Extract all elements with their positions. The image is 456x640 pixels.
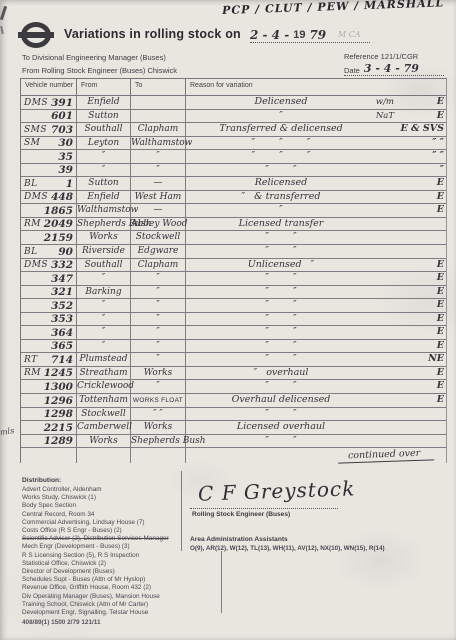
- from-garage: ″: [77, 313, 130, 326]
- vehicle-number-cell: SM30: [21, 137, 77, 150]
- vehicle-class: SMS: [24, 124, 47, 136]
- vehicle-number-cell: RM2049: [21, 218, 77, 231]
- vehicle-number: 321: [51, 286, 73, 298]
- vehicle-number-cell: RM1245: [21, 367, 77, 380]
- from-garage: Walthamstow: [77, 204, 130, 217]
- status-flag: E: [437, 394, 444, 407]
- reason-cell: Delicensedw/mE: [186, 96, 446, 109]
- to-cell: ″: [131, 272, 186, 285]
- reason-cell: ″ ″NE: [186, 353, 446, 366]
- vehicle-number: 2215: [44, 422, 73, 434]
- vehicle-number-cell: 1298: [21, 408, 77, 421]
- column-header: From: [77, 79, 131, 95]
- reason-cell: Overhaul delicensedE: [186, 394, 446, 407]
- reason-cell: ″ ″ ″″ ″: [186, 150, 446, 163]
- status-flag: E: [437, 272, 444, 285]
- to-cell: ″: [131, 286, 186, 299]
- to-garage: Walthamstow: [131, 137, 185, 150]
- vehicle-number-cell: 601: [21, 110, 77, 123]
- table-row: BL90RiversideEdgware″ ″: [21, 245, 446, 259]
- column-header: Reason for variation: [186, 79, 446, 95]
- status-flag: E: [437, 326, 444, 339]
- reason-cell: ″ & transferredE: [186, 191, 446, 204]
- to-garage: ″: [131, 150, 185, 163]
- status-flag: E: [437, 299, 444, 312]
- distribution-item: Div Operating Manager (Buses), Mansion H…: [22, 593, 182, 601]
- to-cell: ″: [131, 299, 186, 312]
- from-garage: Sutton: [77, 177, 130, 190]
- reason-cell: RelicensedE: [186, 177, 446, 190]
- status-flag: E: [437, 367, 444, 380]
- handwritten-date: 3 - 4 - 79: [364, 62, 419, 75]
- reason-text: ″ ″: [186, 272, 376, 285]
- footer-divider: [181, 471, 182, 551]
- to-cell: ″: [131, 164, 186, 177]
- table-row: SMS703SouthallClaphamTransferred & delic…: [21, 123, 446, 137]
- table-row: 1300Cricklewood″″ ″E: [21, 380, 446, 394]
- vehicle-number: 601: [51, 110, 73, 122]
- reason-text: Unlicensed ″: [186, 259, 376, 272]
- vehicle-number-cell: RT714: [21, 353, 77, 366]
- table-row: 2159WorksStockwell″ ″: [21, 231, 446, 245]
- from-garage: Enfield: [77, 191, 130, 204]
- table-row: 1298Stockwell″ ″″ ″: [21, 408, 446, 422]
- from-garage: Leyton: [77, 137, 130, 150]
- from-garage: Riverside: [77, 245, 130, 258]
- reason-text: Delicensed: [186, 96, 376, 109]
- from-cell: Shepherds Bush: [77, 218, 131, 231]
- from-garage: Southall: [77, 259, 130, 272]
- from-garage: Works: [77, 231, 130, 244]
- vehicle-number: 365: [51, 340, 73, 352]
- vehicle-number-cell: DMS391: [21, 96, 77, 109]
- table-row: 1865Walthamstow—″E: [21, 204, 446, 218]
- to-garage: Works: [131, 421, 185, 434]
- from-garage: Shepherds Bush: [77, 218, 130, 231]
- vehicle-number-cell: 365: [21, 340, 77, 353]
- reason-text: ″ & transferred: [186, 191, 376, 204]
- to-garage: —: [131, 204, 185, 217]
- from-garage: Enfield: [77, 96, 130, 109]
- reason-cell: ″ ″E: [186, 272, 446, 285]
- vehicle-number: 2049: [44, 218, 73, 230]
- distribution-item: R S Licensing Section (5), R S Inspectio…: [22, 552, 182, 560]
- reason-text: ″ ″: [186, 164, 376, 177]
- reason-text: ″: [186, 204, 376, 217]
- from-garage: Barking: [77, 286, 130, 299]
- from-garage: Tottenham: [77, 394, 130, 407]
- from-cell: Walthamstow: [77, 204, 131, 217]
- to-cell: [131, 110, 186, 123]
- vehicle-class: RM: [24, 218, 41, 230]
- table-row: 39″″″ ″″: [21, 164, 446, 178]
- from-cell: Works: [77, 435, 131, 448]
- signature: C F Greystock: [198, 476, 356, 505]
- from-garage: Plumstead: [77, 353, 130, 366]
- from-garage: Works: [77, 435, 130, 448]
- to-cell: [131, 96, 186, 109]
- to-garage: Shepherds Bush: [131, 435, 185, 448]
- from-cell: Works: [77, 231, 131, 244]
- date-field: Date 3 - 4 - 79: [344, 60, 444, 76]
- to-garage: ″: [131, 313, 185, 326]
- printed-year-prefix: 19: [293, 29, 305, 42]
- to-cell: ″: [131, 340, 186, 353]
- table-row: 1289WorksShepherds Bush″ ″: [21, 435, 446, 449]
- vehicle-class: BL: [24, 246, 38, 258]
- continued-cell: continued over: [186, 448, 446, 463]
- vehicle-class: DMS: [24, 259, 48, 271]
- vehicle-class: RT: [24, 354, 38, 366]
- table-row: 353″″″ ″E: [21, 313, 446, 327]
- reason-text: ″ ″: [186, 353, 376, 366]
- to-garage: ″: [131, 299, 185, 312]
- table-row: DMS448EnfieldWest Ham″ & transferredE: [21, 191, 446, 205]
- from-cell: Enfield: [77, 96, 131, 109]
- vehicle-number: 391: [51, 97, 73, 109]
- reason-cell: ″ ″E: [186, 340, 446, 353]
- area-assistants-codes: O(9), AR(12), W(12), TL(13), WH(11), AV(…: [190, 545, 452, 553]
- column-header: To: [131, 79, 186, 95]
- from-garage: ″: [77, 150, 130, 163]
- to-cell: Clapham: [131, 259, 186, 272]
- to-cell: West Ham: [131, 191, 186, 204]
- to-cell: WORKS FLOAT: [131, 394, 186, 407]
- status-flag: E: [437, 204, 444, 217]
- reason-text: ″ ″ ″: [186, 137, 376, 150]
- to-cell: Abbey Wood: [131, 218, 186, 231]
- reason-cell: ″ ″E: [186, 286, 446, 299]
- table-row: 2215CamberwellWorksLicensed overhaul: [21, 421, 446, 435]
- to-garage: ″: [131, 340, 185, 353]
- from-garage: Streatham: [77, 367, 130, 380]
- to-garage: ″: [131, 326, 185, 339]
- to-garage: Stockwell: [131, 231, 185, 244]
- vehicle-number: 1245: [44, 367, 73, 379]
- distribution-item: Body Spec Section: [22, 502, 182, 510]
- vehicle-number: 90: [58, 246, 73, 258]
- status-flag: E: [437, 340, 444, 353]
- vehicle-number-cell: 1865: [21, 204, 77, 217]
- reason-cell: Transferred & delicensedE & SVS: [186, 123, 446, 136]
- reason-cell: ″ ″: [186, 435, 446, 448]
- to-garage: —: [131, 177, 185, 190]
- top-annotation: PCP / CLUT / PEW / MARSHALL: [222, 0, 454, 17]
- reason-text: ″ ″: [186, 231, 376, 244]
- table-row: 601Sutton″NaTE: [21, 110, 446, 124]
- table-row: DMS332SouthallClaphamUnlicensed ″E: [21, 259, 446, 273]
- status-flag: ″ ″: [432, 137, 444, 150]
- empty-cell: [21, 448, 77, 463]
- reason-cell: ″ ″ ″″ ″: [186, 137, 446, 150]
- continued-row: continued over: [21, 448, 446, 463]
- distribution-item: Central Record, Room 34: [22, 511, 182, 519]
- vehicle-number: 352: [51, 300, 73, 312]
- table-rows: DMS391EnfieldDelicensedw/mE601Sutton″NaT…: [21, 96, 446, 448]
- vehicle-number: 1296: [44, 395, 73, 407]
- to-cell: Edgware: [131, 245, 186, 258]
- from-cell: Riverside: [77, 245, 131, 258]
- reason-cell: ″ ″E: [186, 313, 446, 326]
- form-title: Variations in rolling stock on: [64, 27, 241, 41]
- from-cell: ″: [77, 340, 131, 353]
- reason-text: Licensed transfer: [186, 218, 376, 231]
- signature-role: Rolling Stock Engineer (Buses): [192, 511, 290, 518]
- from-garage: Stockwell: [77, 408, 130, 421]
- vehicle-number: 30: [58, 137, 73, 149]
- reason-text: ″ ″: [186, 340, 376, 353]
- reason-cell: Unlicensed ″E: [186, 259, 446, 272]
- from-garage: Southall: [77, 123, 130, 136]
- reason-text: ″: [186, 110, 376, 123]
- vehicle-number-cell: 2215: [21, 421, 77, 434]
- to-cell: Clapham: [131, 123, 186, 136]
- vehicle-number-cell: SMS703: [21, 123, 77, 136]
- table-row: 347″″″ ″E: [21, 272, 446, 286]
- to-garage: West Ham: [131, 191, 185, 204]
- status-flag: ″: [440, 164, 444, 177]
- vehicle-number-cell: 353: [21, 313, 77, 326]
- from-line: From Rolling Stock Engineer (Buses) Chis…: [22, 66, 177, 75]
- reason-text: ″ ″: [186, 435, 376, 448]
- reason-cell: Licensed transfer: [186, 218, 446, 231]
- to-garage: Works: [131, 367, 185, 380]
- vehicle-number: 1: [66, 178, 73, 190]
- from-cell: ″: [77, 150, 131, 163]
- vehicle-number: 1298: [44, 408, 73, 420]
- reason-cell: ″ ″″: [186, 164, 446, 177]
- column-header: Vehicle number: [21, 79, 77, 95]
- london-transport-roundel-logo: [18, 22, 54, 48]
- handwritten-year: 79: [309, 28, 326, 42]
- status-flag: E: [437, 259, 444, 272]
- roundel-bar: [18, 32, 54, 38]
- status-flag: E: [437, 191, 444, 204]
- to-cell: ″: [131, 313, 186, 326]
- to-cell: ″: [131, 326, 186, 339]
- from-cell: Sutton: [77, 177, 131, 190]
- to-garage: ″: [131, 164, 185, 177]
- reason-text: ″ ″ ″: [186, 150, 376, 163]
- distribution-item: Works Study, Chiswick (1): [22, 494, 182, 502]
- to-garage: Clapham: [131, 259, 185, 272]
- from-cell: Tottenham: [77, 394, 131, 407]
- vehicle-class: DMS: [24, 191, 48, 203]
- continued-note: continued over: [338, 448, 435, 464]
- from-garage: ″: [77, 272, 130, 285]
- reason-text: ″ ″: [186, 245, 376, 258]
- status-flag: E: [437, 286, 444, 299]
- table-row: 352″″″ ″E: [21, 299, 446, 313]
- from-cell: Leyton: [77, 137, 131, 150]
- from-garage: Cricklewood: [77, 380, 130, 393]
- distribution-item: Director of Development (Buses): [22, 568, 182, 576]
- from-garage: Sutton: [77, 110, 130, 123]
- status-flag: E: [437, 313, 444, 326]
- from-cell: Barking: [77, 286, 131, 299]
- vehicle-number-cell: 352: [21, 299, 77, 312]
- status-flag: ″ ″: [432, 150, 444, 163]
- vehicle-number-cell: 364: [21, 326, 77, 339]
- to-garage: ″ ″: [131, 408, 185, 421]
- empty-cell: [77, 448, 131, 463]
- reason-text: Licensed overhaul: [186, 421, 376, 434]
- reason-cell: ″ ″E: [186, 299, 446, 312]
- to-cell: Shepherds Bush: [131, 435, 186, 448]
- to-cell: Works: [131, 367, 186, 380]
- table-row: BL1Sutton—RelicensedE: [21, 177, 446, 191]
- area-assistants-title: Area Administration Assistants: [190, 536, 288, 543]
- from-garage: ″: [77, 299, 130, 312]
- from-garage: ″: [77, 326, 130, 339]
- distribution-list: Advert Controller, AldenhamWorks Study, …: [22, 486, 182, 617]
- reason-note: NaT: [376, 110, 394, 123]
- to-garage: Clapham: [131, 123, 185, 136]
- from-cell: Southall: [77, 123, 131, 136]
- table-row: 1296TottenhamWORKS FLOATOverhaul delicen…: [21, 394, 446, 408]
- to-cell: —: [131, 204, 186, 217]
- vehicle-number: 448: [51, 191, 73, 203]
- to-garage: Abbey Wood: [131, 218, 185, 231]
- table-row: SM30LeytonWalthamstow″ ″ ″″ ″: [21, 137, 446, 151]
- to-cell: Stockwell: [131, 231, 186, 244]
- reason-text: ″ ″: [186, 299, 376, 312]
- vehicle-number-cell: BL1: [21, 177, 77, 190]
- vehicle-number: 347: [51, 273, 73, 285]
- reason-note: w/m: [376, 96, 394, 109]
- vehicle-number-cell: 1289: [21, 435, 77, 448]
- reason-cell: ″ ″: [186, 408, 446, 421]
- vehicle-number: 1289: [44, 435, 73, 447]
- reason-cell: ″NaTE: [186, 110, 446, 123]
- from-cell: Southall: [77, 259, 131, 272]
- reason-cell: ″ ″E: [186, 326, 446, 339]
- table-header-row: Vehicle numberFromToReason for variation: [21, 79, 446, 96]
- reason-text: ″ ″: [186, 380, 376, 393]
- vehicle-number-cell: BL90: [21, 245, 77, 258]
- status-flag: NE: [428, 353, 444, 366]
- reason-text: ″ ″: [186, 313, 376, 326]
- margin-note: mls: [0, 426, 15, 437]
- vehicle-number: 35: [58, 151, 73, 163]
- table-row: DMS391EnfieldDelicensedw/mE: [21, 96, 446, 110]
- to-garage: Edgware: [131, 245, 185, 258]
- table-row: 365″″″ ″E: [21, 340, 446, 354]
- footer-divider: [221, 551, 222, 613]
- from-cell: Sutton: [77, 110, 131, 123]
- to-garage: ″: [131, 286, 185, 299]
- distribution-item: Commercial Advertising, Lindsay House (7…: [22, 519, 182, 527]
- vehicle-number: 332: [51, 259, 73, 271]
- to-cell: Works: [131, 421, 186, 434]
- reason-text: ″ ″: [186, 326, 376, 339]
- from-cell: Cricklewood: [77, 380, 131, 393]
- reason-cell: ″ ″: [186, 231, 446, 244]
- reason-text: ″ ″: [186, 286, 376, 299]
- to-garage: ″: [131, 353, 185, 366]
- distribution-item: Costs Office (R S Engr - Buses) (2): [22, 527, 182, 535]
- distribution-item: Scientific Adviser (2), Distribution Ser…: [22, 535, 182, 543]
- vehicle-number-cell: 39: [21, 164, 77, 177]
- distribution-item: Schedules Supt - Buses (Attn of Mr Hyslo…: [22, 576, 182, 584]
- reason-text: Relicensed: [186, 177, 376, 190]
- vehicle-number: 2159: [44, 232, 73, 244]
- scan-mark: [0, 6, 7, 20]
- to-cell: —: [131, 177, 186, 190]
- table-row: 321Barking″″ ″E: [21, 286, 446, 300]
- vehicle-number-cell: 2159: [21, 231, 77, 244]
- vehicle-number-cell: 1300: [21, 380, 77, 393]
- form-code: 408/89(1) 1500 2/79 121/11: [22, 619, 101, 626]
- vehicle-number: 1300: [44, 381, 73, 393]
- scan-mark: [0, 26, 4, 34]
- to-cell: ″: [131, 380, 186, 393]
- table-row: RT714Plumstead″″ ″NE: [21, 353, 446, 367]
- from-garage: Camberwell: [77, 421, 130, 434]
- from-cell: Plumstead: [77, 353, 131, 366]
- vehicle-number: 39: [58, 164, 73, 176]
- vehicle-class: BL: [24, 178, 38, 190]
- table-row: 35″″″ ″ ″″ ″: [21, 150, 446, 164]
- vehicle-number: 364: [51, 327, 73, 339]
- reason-text: ″ overhaul: [186, 367, 376, 380]
- vehicle-class: SM: [24, 137, 40, 149]
- distribution-item: Statistical Office, Chiswick (2): [22, 560, 182, 568]
- reason-text: Overhaul delicensed: [186, 394, 376, 407]
- status-flag: E & SVS: [400, 123, 444, 136]
- variations-table: Vehicle numberFromToReason for variation…: [20, 78, 447, 463]
- from-cell: Streatham: [77, 367, 131, 380]
- to-cell: Walthamstow: [131, 137, 186, 150]
- empty-cell: [131, 448, 186, 463]
- reason-cell: ″ overhaulE: [186, 367, 446, 380]
- vehicle-number: 714: [51, 354, 73, 366]
- table-row: 364″″″ ″E: [21, 326, 446, 340]
- distribution-item: Development Engr, Signalling, Telstar Ho…: [22, 609, 182, 617]
- from-cell: ″: [77, 326, 131, 339]
- to-garage: ″: [131, 380, 185, 393]
- from-cell: ″: [77, 272, 131, 285]
- distribution-title: Distribution:: [22, 477, 61, 484]
- vehicle-class: RM: [24, 367, 41, 379]
- title-date-field: 2 - 4 - 19 79: [250, 24, 370, 43]
- vehicle-number: 353: [51, 313, 73, 325]
- from-cell: ″: [77, 299, 131, 312]
- status-flag: E: [437, 177, 444, 190]
- reason-cell: ″ ″E: [186, 380, 446, 393]
- status-flag: E: [437, 380, 444, 393]
- date-label: Date: [344, 66, 360, 75]
- from-garage: ″: [77, 340, 130, 353]
- to-cell: ″: [131, 353, 186, 366]
- distribution-item: Mech Engr (Development - Buses) (3): [22, 543, 182, 551]
- from-cell: Enfield: [77, 191, 131, 204]
- status-flag: E: [437, 110, 444, 123]
- to-garage: WORKS FLOAT: [131, 394, 185, 407]
- reason-cell: ″E: [186, 204, 446, 217]
- vehicle-number: 1865: [44, 205, 73, 217]
- signature-line: [190, 507, 338, 509]
- from-cell: ″: [77, 313, 131, 326]
- handwritten-day-month: 2 - 4 -: [250, 28, 289, 42]
- reason-text: ″ ″: [186, 408, 376, 421]
- vehicle-number-cell: 321: [21, 286, 77, 299]
- to-cell: ″: [131, 150, 186, 163]
- reason-text: Transferred & delicensed: [186, 123, 376, 136]
- distribution-item: Training School, Chiswick (Attn of Mr Ca…: [22, 601, 182, 609]
- vehicle-number-cell: DMS332: [21, 259, 77, 272]
- from-cell: ″: [77, 164, 131, 177]
